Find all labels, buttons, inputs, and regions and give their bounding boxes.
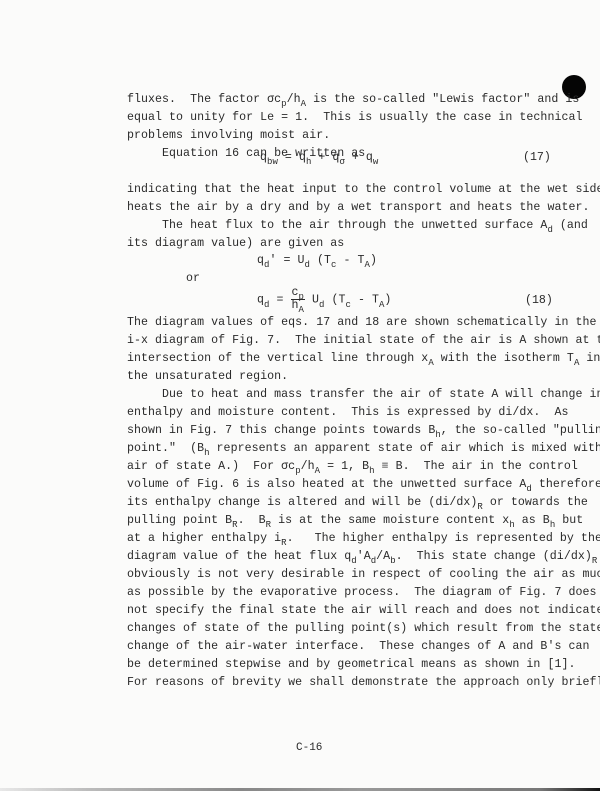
subscript: A <box>364 260 369 270</box>
text-line: its enthalpy change is altered and will … <box>127 496 588 510</box>
subscript: h <box>369 466 374 476</box>
text-line: point." (Bh represents an apparent state… <box>127 442 600 456</box>
text-line: intersection of the vertical line throug… <box>127 352 600 366</box>
subscript: h <box>306 157 311 167</box>
subscript: h <box>509 520 514 530</box>
text-line: heats the air by a dry and by a wet tran… <box>127 201 590 215</box>
subscript: A <box>574 358 579 368</box>
equation-17-number: (17) <box>523 151 551 164</box>
subscript: b <box>390 556 395 566</box>
subscript: R <box>266 520 271 530</box>
subscript: w <box>373 157 378 167</box>
subscript: d <box>264 300 269 310</box>
text-line: at a higher enthalpy iR. The higher enth… <box>127 532 600 546</box>
subscript: h <box>204 448 209 458</box>
subscript: A <box>299 305 304 315</box>
text-line: enthalpy and moisture content. This is e… <box>127 406 568 420</box>
subscript: R <box>477 502 482 512</box>
text-line: the unsaturated region. <box>127 370 288 384</box>
subscript: p <box>299 292 304 302</box>
fraction: cphA <box>291 287 305 312</box>
subscript: d <box>547 225 552 235</box>
equation-18: qd = cphA Ud (Tc - TA) <box>257 287 391 312</box>
subscript: R <box>232 520 237 530</box>
text-line: indicating that the heat input to the co… <box>127 183 600 197</box>
or-label: or <box>186 272 200 286</box>
subscript: d <box>264 260 269 270</box>
equation-17: qbw = qh + qσ + qw <box>260 151 378 165</box>
subscript: d <box>305 260 310 270</box>
subscript: σ <box>339 157 344 167</box>
subscript: R <box>592 556 597 566</box>
subscript: A <box>428 358 433 368</box>
subscript: h <box>550 520 555 530</box>
text-line: equal to unity for Le = 1. This is usual… <box>127 111 582 125</box>
text-line: be determined stepwise and by geometrica… <box>127 658 575 672</box>
subscript: p <box>295 466 300 476</box>
subscript: A <box>379 300 384 310</box>
subscript: h <box>435 430 440 440</box>
subscript: d <box>371 556 376 566</box>
page-number: C-16 <box>296 742 322 754</box>
equation-18-prime: qd' = Ud (Tc - TA) <box>257 254 377 268</box>
subscript: A <box>315 466 320 476</box>
text-line: volume of Fig. 6 is also heated at the u… <box>127 478 600 492</box>
subscript: d <box>351 556 356 566</box>
text-line: its diagram value) are given as <box>127 237 344 251</box>
text-line: fluxes. The factor σcp/hA is the so-call… <box>127 93 579 107</box>
text-line: obviously is not very desirable in respe… <box>127 568 600 582</box>
text-line: not specify the final state the air will… <box>127 604 600 618</box>
text-line: The heat flux to the air through the unw… <box>127 219 588 233</box>
subscript: bw <box>267 157 278 167</box>
text-line: problems involving moist air. <box>127 129 330 143</box>
text-line: For reasons of brevity we shall demonstr… <box>127 676 600 690</box>
subscript: d <box>526 484 531 494</box>
text-line: Due to heat and mass transfer the air of… <box>127 388 600 402</box>
text-line: change of the air-water interface. These… <box>127 640 590 654</box>
subscript: d <box>319 300 324 310</box>
subscript: p <box>281 99 286 109</box>
text-line: i-x diagram of Fig. 7. The initial state… <box>127 334 600 348</box>
text-line: air of state A.) For σcp/hA = 1, Bh ≡ B.… <box>127 460 578 474</box>
text-line: pulling point BR. BR is at the same mois… <box>127 514 583 528</box>
subscript: R <box>281 538 286 548</box>
document-page: fluxes. The factor σcp/hA is the so-call… <box>0 0 600 791</box>
equation-18-number: (18) <box>525 294 553 307</box>
text-line: shown in Fig. 7 this change points towar… <box>127 424 600 438</box>
subscript: A <box>301 99 306 109</box>
text-line: The diagram values of eqs. 17 and 18 are… <box>127 316 597 330</box>
text-line: as possible by the evaporative process. … <box>127 586 597 600</box>
text-line: changes of state of the pulling point(s)… <box>127 622 600 636</box>
text-line: diagram value of the heat flux qd'Ad/Ab.… <box>127 550 597 564</box>
subscript: c <box>331 260 336 270</box>
subscript: c <box>345 300 350 310</box>
